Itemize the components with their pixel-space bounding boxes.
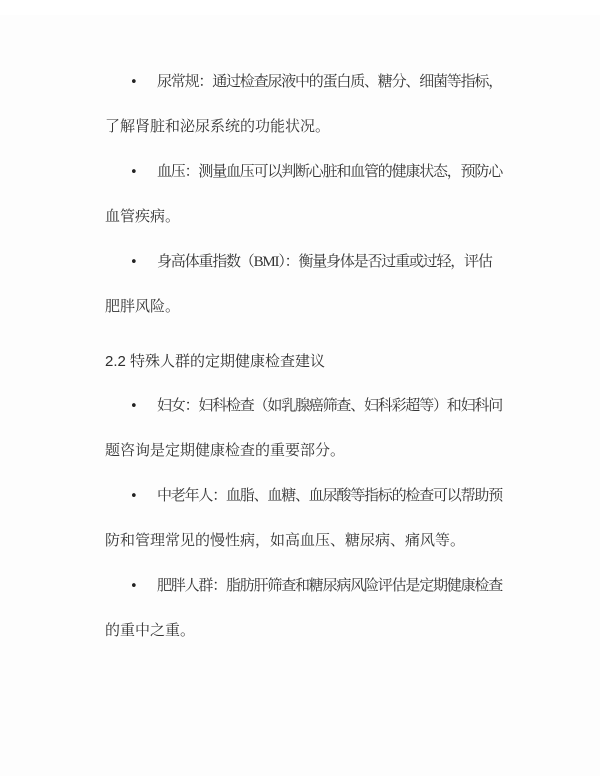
list-item-text: 尿常规：通过检查尿液中的蛋白质、糖分、细菌等指标， [157,74,502,90]
bullet-marker: • [130,150,157,195]
list-item-continuation-line: 血管疾病。 [105,195,600,240]
list-item-text: 中老年人：血脂、血糖、血尿酸等指标的检查可以帮助预 [157,488,502,504]
list-item-first-line: •尿常规：通过检查尿液中的蛋白质、糖分、细菌等指标， [105,60,600,105]
bullet-marker: • [130,564,157,609]
list-item-continuation-line: 的重中之重。 [105,609,600,654]
bullet-marker: • [130,384,157,429]
list-item-first-line: •血压：测量血压可以判断心脏和血管的健康状态，预防心 [105,150,600,195]
bullet-list-item: •尿常规：通过检查尿液中的蛋白质、糖分、细菌等指标， 了解肾脏和泌尿系统的功能状… [105,60,600,150]
bullet-list-item: •妇女：妇科检查（如乳腺癌筛查、妇科彩超等）和妇科问 题咨询是定期健康检查的重要… [105,384,600,474]
list-item-continuation-line: 了解肾脏和泌尿系统的功能状况。 [105,105,600,150]
list-item-continuation-line: 肥胖风险。 [105,285,600,330]
bullet-marker: • [130,240,157,285]
list-item-text: 肥胖人群：脂肪肝筛查和糖尿病风险评估是定期健康检查 [157,578,502,594]
section-heading: 2.2 特殊人群的定期健康检查建议 [105,339,600,384]
list-item-text: 身高体重指数（BMI）：衡量身体是否过重或过轻，评估 [157,254,492,270]
list-item-continuation-line: 防和管理常见的慢性病，如高血压、糖尿病、痛风等。 [105,519,600,564]
list-item-first-line: •中老年人：血脂、血糖、血尿酸等指标的检查可以帮助预 [105,474,600,519]
bullet-list-item: •中老年人：血脂、血糖、血尿酸等指标的检查可以帮助预 防和管理常见的慢性病，如高… [105,474,600,564]
list-item-continuation-line: 题咨询是定期健康检查的重要部分。 [105,429,600,474]
document-page: •尿常规：通过检查尿液中的蛋白质、糖分、细菌等指标， 了解肾脏和泌尿系统的功能状… [0,0,600,776]
list-item-text: 血压：测量血压可以判断心脏和血管的健康状态，预防心 [157,164,502,180]
bullet-marker: • [130,474,157,519]
bullet-list-item: •血压：测量血压可以判断心脏和血管的健康状态，预防心 血管疾病。 [105,150,600,240]
bullet-marker: • [130,60,157,105]
bullet-list-item: •肥胖人群：脂肪肝筛查和糖尿病风险评估是定期健康检查 的重中之重。 [105,564,600,654]
list-item-first-line: •身高体重指数（BMI）：衡量身体是否过重或过轻，评估 [105,240,600,285]
list-item-first-line: •肥胖人群：脂肪肝筛查和糖尿病风险评估是定期健康检查 [105,564,600,609]
list-item-text: 妇女：妇科检查（如乳腺癌筛查、妇科彩超等）和妇科问 [157,398,502,414]
bullet-list-item: •身高体重指数（BMI）：衡量身体是否过重或过轻，评估 肥胖风险。 [105,240,600,330]
list-item-first-line: •妇女：妇科检查（如乳腺癌筛查、妇科彩超等）和妇科问 [105,384,600,429]
